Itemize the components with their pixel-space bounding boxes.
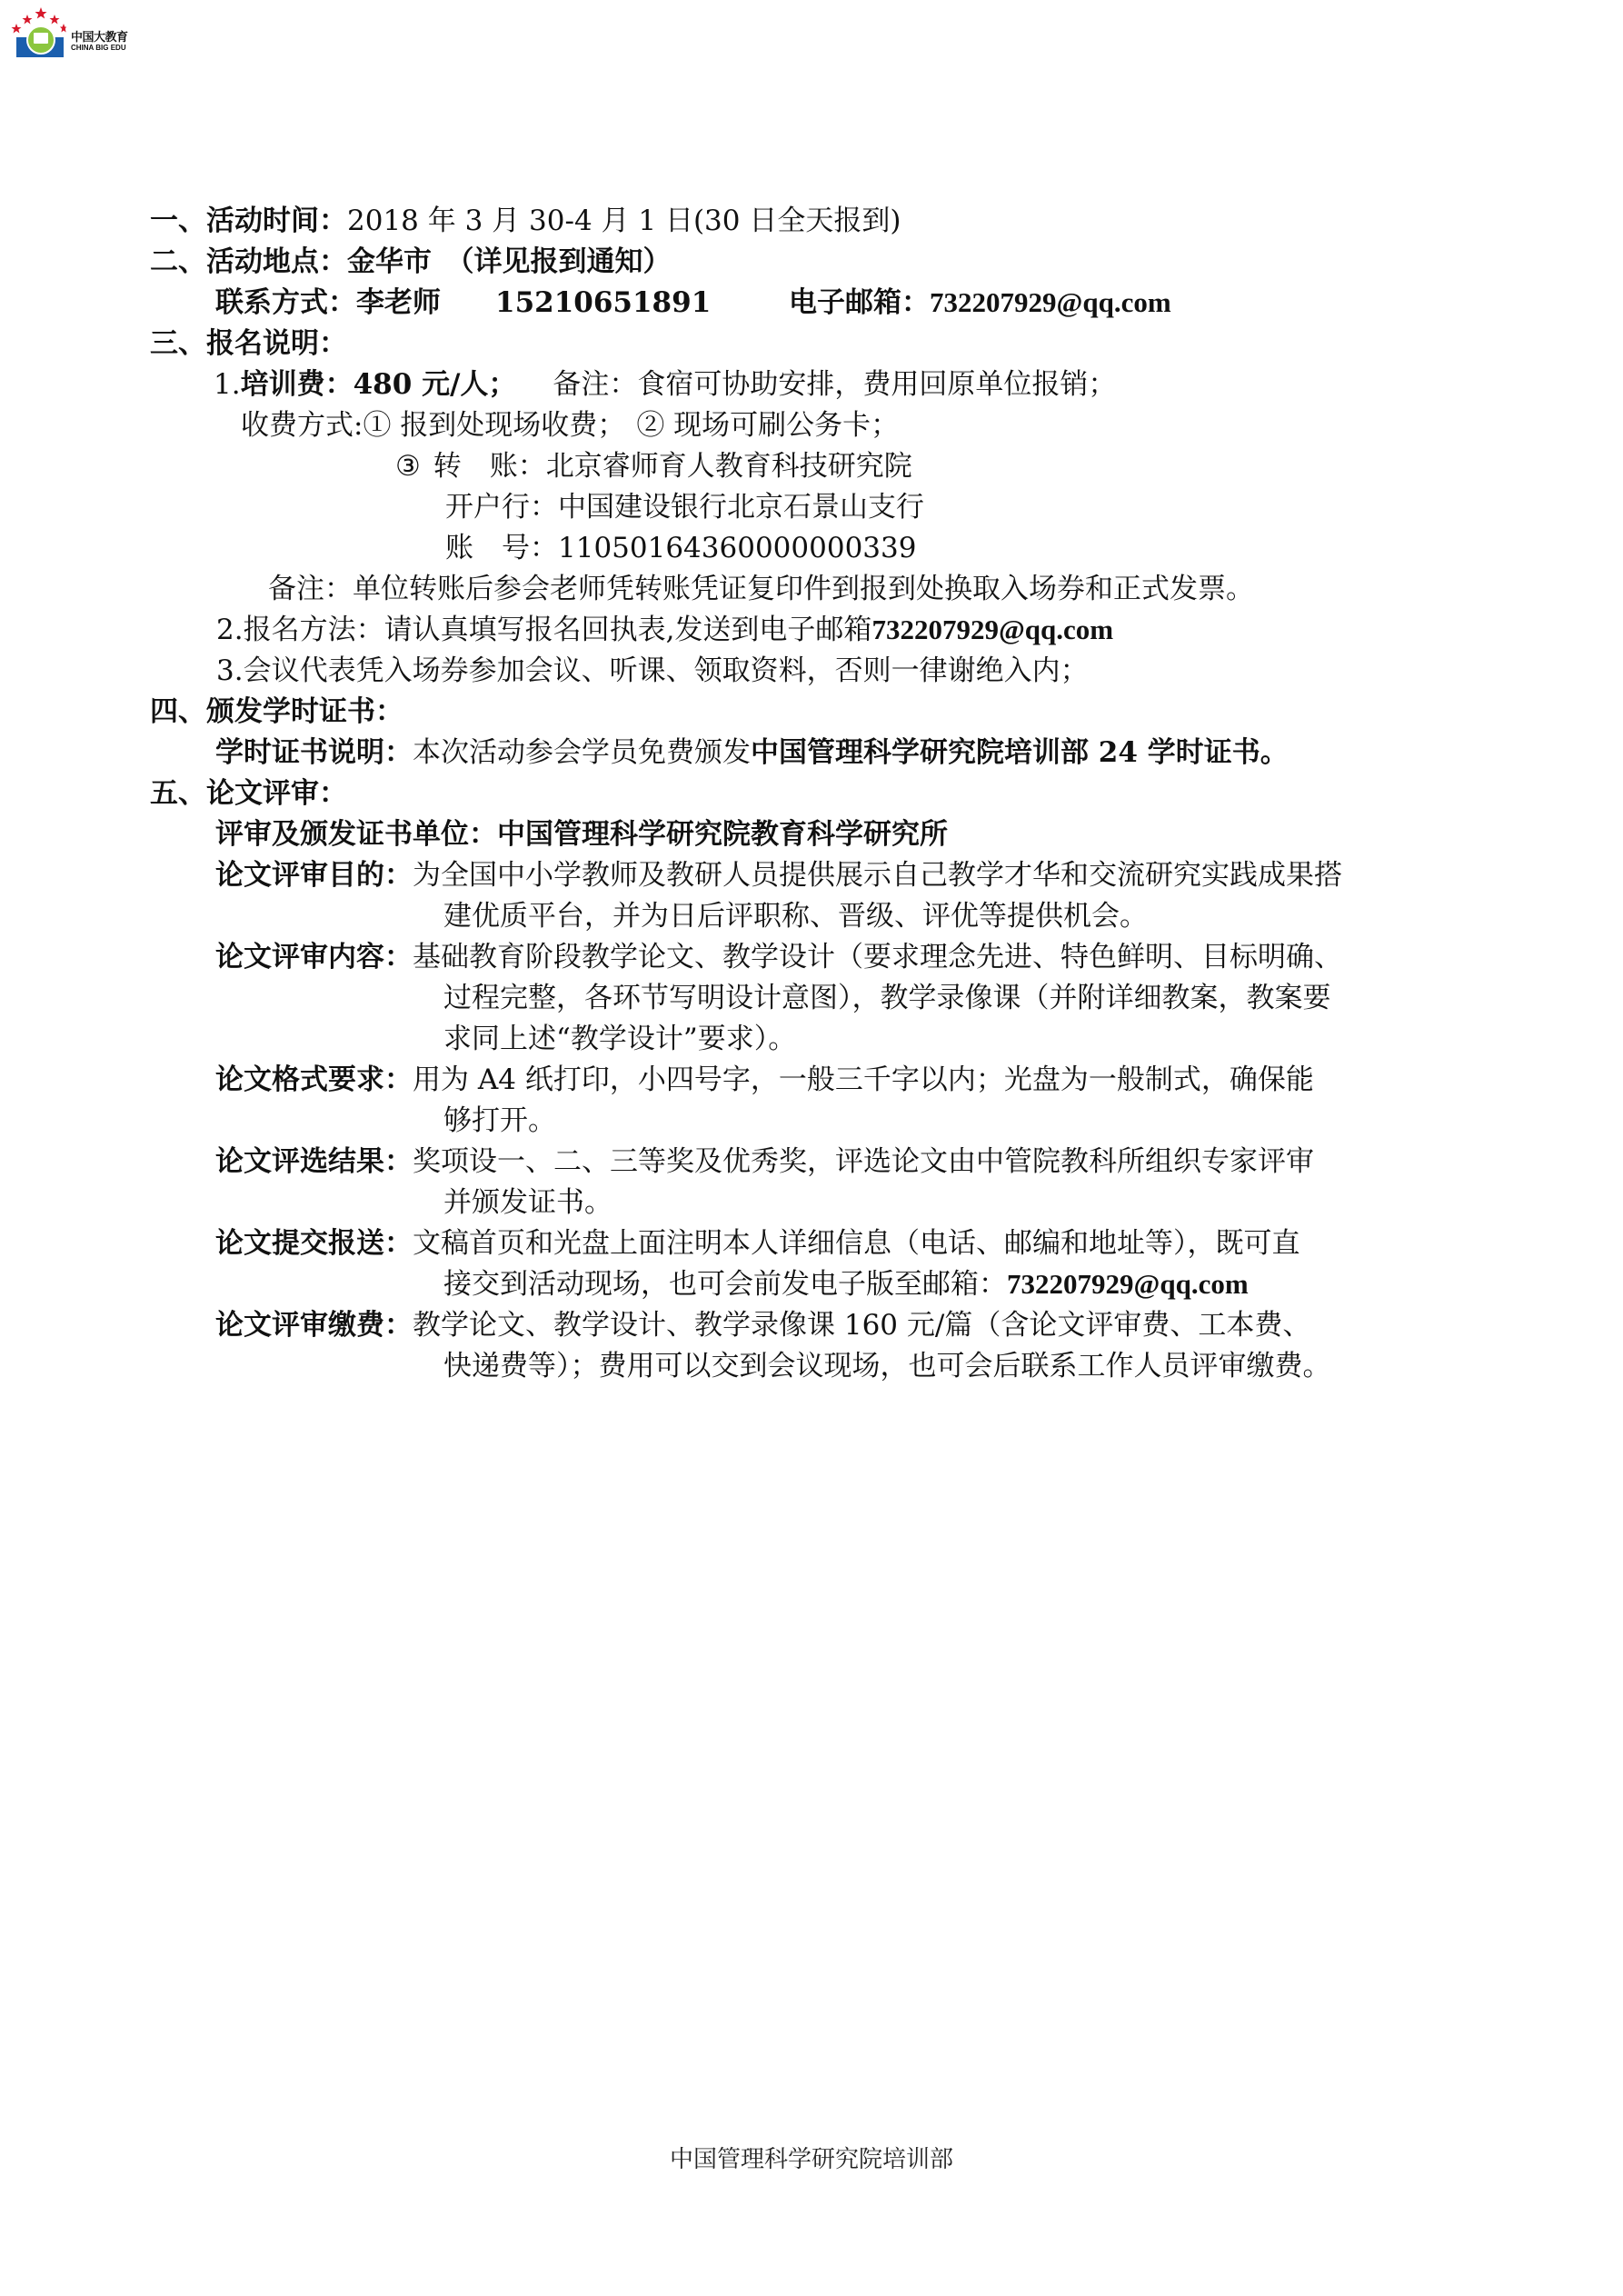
review-purpose-cont: 建优质平台，并为日后评职称、晋级、评优等提供机会。 [443,898,1148,934]
review-content-cont2: 求同上述“教学设计”要求）。 [443,1021,796,1057]
submission-cont: 接交到活动现场，也可会前发电子版至邮箱：732207929@qq.com [443,1266,1249,1303]
activity-location: 二、活动地点：金华市 （详见报到通知） [150,244,672,280]
transfer-note: 备注：单位转账后参会老师凭转账凭证复印件到报到处换取入场券和正式发票。 [268,571,1254,607]
bank-transfer: ③转 账：北京睿师育人教育科技研究院 [395,448,912,484]
review-unit: 评审及颁发证书单位：中国管理科学研究院教育科学研究所 [215,816,948,853]
page-footer: 中国管理科学研究院培训部 [0,2141,1623,2174]
contact-email: 电子邮箱：732207929@qq.com [789,285,1171,321]
activity-time: 一、活动时间：2018 年 3 月 30-4 月 1 日(30 日全天报到) [150,203,901,239]
bank-account: 账 号：11050164360000000339 [445,530,916,566]
review-content: 论文评审内容：基础教育阶段教学论文、教学设计（要求理念先进、特色鲜明、目标明确、 [215,939,1342,975]
contact-info: 联系方式：李老师15210651891 [215,285,711,321]
email-link[interactable]: 732207929@qq.com [1007,1268,1249,1300]
book-icon [34,33,48,44]
submission: 论文提交报送：文稿首页和光盘上面注明本人详细信息（电话、邮编和地址等），既可直 [215,1225,1300,1262]
payment-methods: 收费方式:① 报到处现场收费；② 现场可刷公务卡； [241,407,899,444]
logo-text-cn: 中国大教育 [71,27,128,45]
logo: 中国大教育 CHINA BIG EDU [7,7,144,53]
certificate-info: 学时证书说明：本次活动参会学员免费颁发中国管理科学研究院培训部 24 学时证书。 [215,734,1289,771]
format-requirements-cont: 够打开。 [443,1103,556,1139]
signup-method: 2.报名方法：请认真填写报名回执表,发送到电子邮箱732207929@qq.co… [216,612,1113,648]
selection-result: 论文评选结果：奖项设一、二、三等奖及优秀奖，评选论文由中管院教科所组织专家评审 [215,1143,1314,1180]
selection-result-cont: 并颁发证书。 [443,1184,612,1221]
review-purpose: 论文评审目的：为全国中小学教师及教研人员提供展示自己教学才华和交流研究实践成果搭 [215,857,1342,893]
email-link[interactable]: 732207929@qq.com [871,614,1113,645]
review-fee: 论文评审缴费：教学论文、教学设计、教学录像课 160 元/篇（含论文评审费、工本… [215,1307,1310,1343]
section-registration: 三、报名说明： [150,325,347,362]
training-fee: 1.培训费：480 元/人；备注：食宿可协助安排，费用回原单位报销； [214,366,1116,403]
email-link[interactable]: 732207929@qq.com [930,286,1171,318]
admission-rule: 3.会议代表凭入场券参加会议、听课、领取资料，否则一律谢绝入内； [216,653,1089,689]
review-content-cont1: 过程完整，各环节写明设计意图），教学录像课（并附详细教案，教案要 [443,980,1331,1016]
bank-name: 开户行：中国建设银行北京石景山支行 [445,489,924,525]
review-fee-cont: 快递费等）；费用可以交到会议现场，也可会后联系工作人员评审缴费。 [443,1348,1331,1384]
format-requirements: 论文格式要求：用为 A4 纸打印，小四号字，一般三千字以内；光盘为一般制式，确保… [215,1062,1314,1098]
section-paper-review: 五、论文评审： [150,775,347,812]
section-certificate: 四、颁发学时证书： [150,694,403,730]
logo-text-en: CHINA BIG EDU [71,44,126,52]
